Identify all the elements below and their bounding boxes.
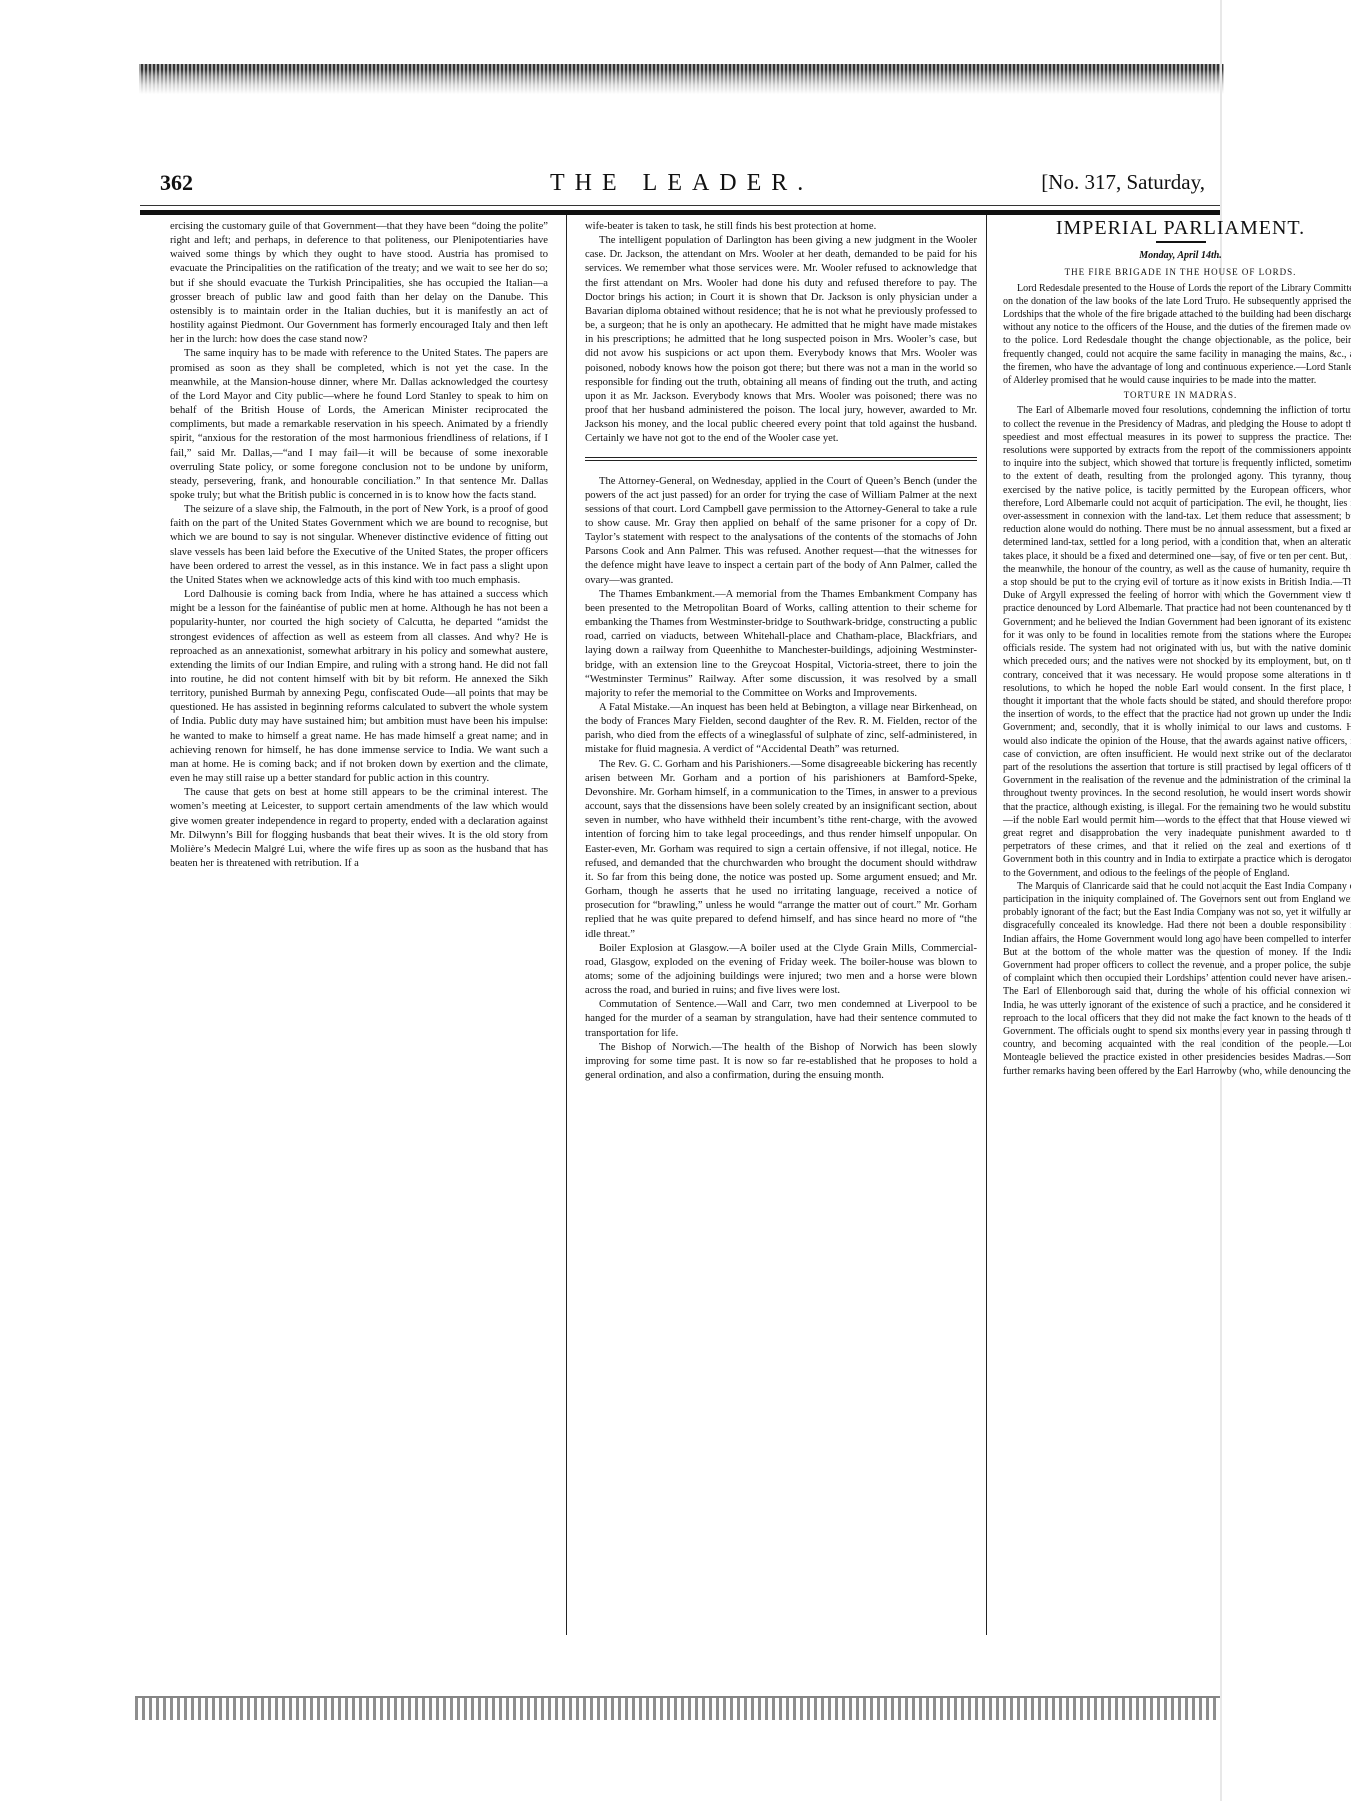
news-item: The Bishop of Norwich.—The health of the… — [585, 1041, 977, 1083]
subheading: THE FIRE BRIGADE IN THE HOUSE OF LORDS. — [1003, 266, 1351, 279]
masthead-rule-thin — [140, 205, 1220, 206]
column-separator — [566, 215, 567, 1635]
article-paragraph: The seizure of a slave ship, the Falmout… — [170, 503, 548, 588]
article-paragraph: ercising the customary guile of that Gov… — [170, 220, 548, 347]
news-item: The Rev. G. C. Gorham and his Parishione… — [585, 758, 977, 942]
article-paragraph: The intelligent population of Darlington… — [585, 234, 977, 446]
news-item: Commutation of Sentence.—Wall and Carr, … — [585, 998, 977, 1040]
news-item: Boiler Explosion at Glasgow.—A boiler us… — [585, 942, 977, 999]
issue-number: [No. 317, Saturday, — [1041, 170, 1205, 195]
column-3: IMPERIAL PARLIAMENT. Monday, April 14th.… — [1003, 220, 1351, 1078]
article-paragraph: wife-beater is taken to task, he still f… — [585, 220, 977, 234]
article-paragraph: The cause that gets on best at home stil… — [170, 786, 548, 871]
newspaper-title: THE LEADER. — [550, 170, 813, 197]
article-divider — [585, 457, 977, 461]
page-number: 362 — [160, 170, 193, 196]
masthead-rule-thick — [140, 210, 1220, 215]
session-date: Monday, April 14th. — [1003, 249, 1351, 262]
article-paragraph: The same inquiry has to be made with ref… — [170, 347, 548, 503]
scan-artifact-top — [139, 64, 1224, 94]
column-1: ercising the customary guile of that Gov… — [170, 220, 548, 871]
title-rule — [1156, 241, 1206, 243]
report-paragraph: Lord Redesdale presented to the House of… — [1003, 282, 1351, 388]
section-title: IMPERIAL PARLIAMENT. — [1003, 222, 1351, 235]
news-item: The Thames Embankment.—A memorial from t… — [585, 588, 977, 701]
article-paragraph: Lord Dalhousie is coming back from India… — [170, 588, 548, 786]
news-item: The Attorney-General, on Wednesday, appl… — [585, 475, 977, 588]
masthead: 362 THE LEADER. [No. 317, Saturday, — [160, 170, 1205, 206]
scan-artifact-bottom — [135, 1696, 1220, 1720]
report-paragraph: The Marquis of Clanricarde said that he … — [1003, 880, 1351, 1078]
column-separator — [986, 215, 987, 1635]
subheading: TORTURE IN MADRAS. — [1003, 389, 1351, 402]
column-2: wife-beater is taken to task, he still f… — [585, 220, 977, 1083]
news-item: A Fatal Mistake.—An inquest has been hel… — [585, 701, 977, 758]
report-paragraph: The Earl of Albemarle moved four resolut… — [1003, 404, 1351, 879]
